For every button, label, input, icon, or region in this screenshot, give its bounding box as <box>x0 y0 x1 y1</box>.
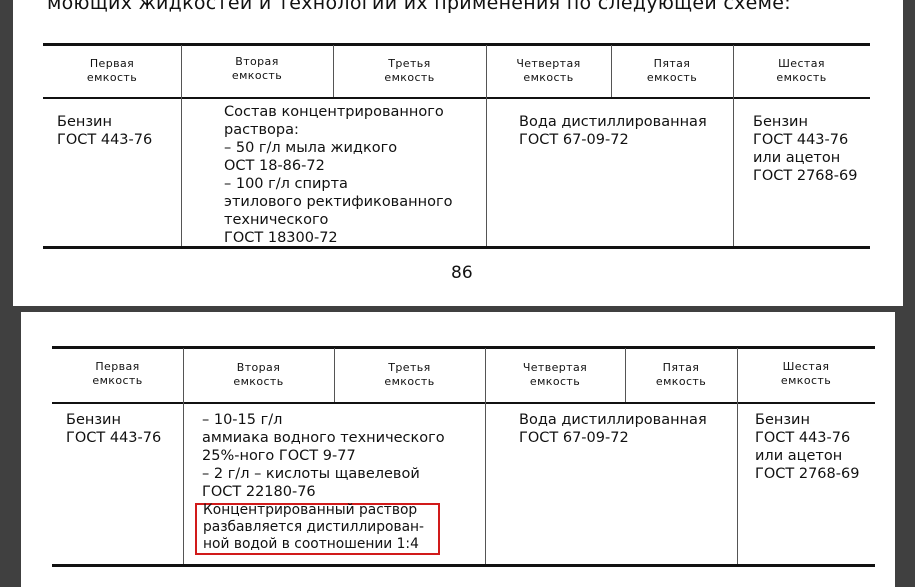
header-line: емкость <box>485 375 625 389</box>
header-sixth-tank: Шестая емкость <box>733 57 870 85</box>
header-line: емкость <box>625 375 737 389</box>
header-line: Третья <box>333 57 486 71</box>
header-third-tank: Третья емкость <box>334 361 485 389</box>
cell-second-third-tank: Состав концентрированного раствора: – 50… <box>224 103 452 247</box>
header-line: емкость <box>611 71 733 85</box>
header-line: емкость <box>733 71 870 85</box>
header-line: Третья <box>334 361 485 375</box>
header-line: Шестая <box>737 360 875 374</box>
header-fourth-tank: Четвертая емкость <box>485 361 625 389</box>
header-line: емкость <box>334 375 485 389</box>
header-line: Первая <box>52 360 183 374</box>
cell-first-tank: Бензин ГОСТ 443-76 <box>57 113 152 149</box>
header-line: Первая <box>43 57 181 71</box>
header-line: Четвертая <box>486 57 611 71</box>
header-first-tank: Первая емкость <box>43 57 181 85</box>
table-top-rule <box>43 43 870 46</box>
header-first-tank: Первая емкость <box>52 360 183 388</box>
table-top-rule <box>52 346 875 349</box>
cell-fourth-fifth-tank: Вода дистиллированная ГОСТ 67-09-72 <box>519 411 707 447</box>
header-bottom-rule <box>43 97 870 99</box>
highlighted-dilution-note: Концентрированный раствор разбавляется д… <box>203 502 424 553</box>
header-third-tank: Третья емкость <box>333 57 486 85</box>
table-bottom-rule <box>52 564 875 567</box>
cell-fourth-fifth-tank: Вода дистиллированная ГОСТ 67-09-72 <box>519 113 707 149</box>
header-fourth-tank: Четвертая емкость <box>486 57 611 85</box>
header-fifth-tank: Пятая емкость <box>625 361 737 389</box>
header-fifth-tank: Пятая емкость <box>611 57 733 85</box>
page-number: 86 <box>451 263 473 283</box>
header-line: Пятая <box>625 361 737 375</box>
header-sixth-tank: Шестая емкость <box>737 360 875 388</box>
document-page-86: моющих жидкостей и технологии их примене… <box>13 0 903 306</box>
header-bottom-rule <box>52 402 875 404</box>
header-line: емкость <box>181 69 333 83</box>
document-page-87: Первая емкость Вторая емкость Третья емк… <box>21 312 895 587</box>
header-line: емкость <box>52 374 183 388</box>
header-line: Четвертая <box>485 361 625 375</box>
header-second-tank: Вторая емкость <box>181 55 333 83</box>
header-line: Шестая <box>733 57 870 71</box>
header-line: емкость <box>183 375 334 389</box>
header-line: емкость <box>43 71 181 85</box>
table-bottom-rule <box>43 246 870 249</box>
cell-sixth-tank: Бензин ГОСТ 443-76 или ацетон ГОСТ 2768-… <box>755 411 859 483</box>
cell-second-third-tank: – 10-15 г/л аммиака водного технического… <box>202 411 445 501</box>
cell-sixth-tank: Бензин ГОСТ 443-76 или ацетон ГОСТ 2768-… <box>753 113 857 185</box>
header-line: Вторая <box>183 361 334 375</box>
header-line: Вторая <box>181 55 333 69</box>
header-line: Пятая <box>611 57 733 71</box>
intro-text: моющих жидкостей и технологии их примене… <box>47 0 791 14</box>
header-line: емкость <box>333 71 486 85</box>
header-second-tank: Вторая емкость <box>183 361 334 389</box>
header-line: емкость <box>737 374 875 388</box>
header-line: емкость <box>486 71 611 85</box>
cell-first-tank: Бензин ГОСТ 443-76 <box>66 411 161 447</box>
